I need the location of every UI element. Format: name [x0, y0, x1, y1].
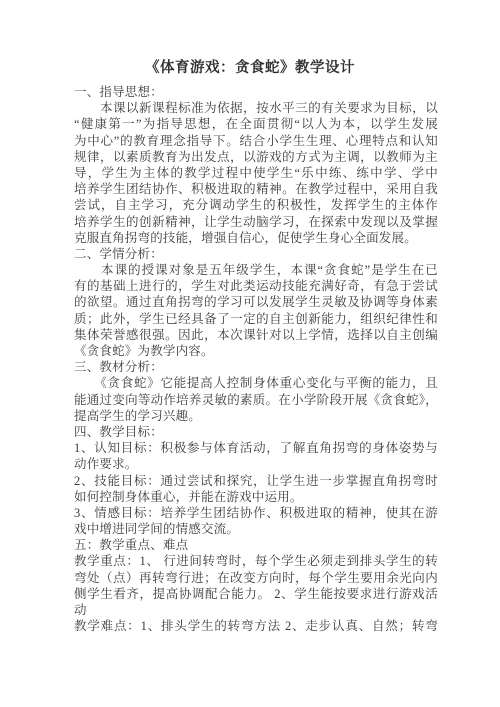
text-line: 本课以新课程标准为依据，按水平三的有关要求为目标，以: [74, 100, 438, 116]
text-line: 弯处（点）再转弯行进；在改变方向时，每个学生要用余光向内: [74, 570, 438, 586]
text-line: 《贪食蛇》为教学内容。: [74, 343, 438, 359]
text-line: 教学难点：1、排头学生的转弯方法 2、走步认真、自然；转弯: [74, 618, 438, 634]
text-line: 3、情感目标：培养学生团结协作、积极进取的精神，使其在游: [74, 505, 438, 521]
text-line: 戏中增进同学间的情感交流。: [74, 521, 438, 537]
text-line: 本课的授课对象是五年级学生，本课“贪食蛇”是学生在已: [74, 262, 438, 278]
section-heading-5: 五：教学重点、难点: [74, 537, 438, 553]
text-line: 集体荣誉感很强。因此，本次课针对以上学情，选择以自主创编: [74, 327, 438, 343]
text-line: 培养学生团结协作、积极进取的精神。在教学过程中，采用自我: [74, 181, 438, 197]
section-heading-4: 四、教学目标：: [74, 424, 438, 440]
document-page: 《体育游戏：贪食蛇》教学设计 一、指导思想： 本课以新课程标准为依据，按水平三的…: [0, 0, 500, 707]
text-line: 侧学生看齐，提高协调配合能力。 2、学生能按要求进行游戏活: [74, 586, 438, 602]
text-line: 动: [74, 602, 438, 618]
text-line: 规律，以素质教育为出发点，以游戏的方式为主调，以教师为主: [74, 149, 438, 165]
text-line: 提高学生的学习兴趣。: [74, 408, 438, 424]
text-line: 的欲望。通过直角拐弯的学习可以发展学生灵敏及协调等身体素: [74, 294, 438, 310]
text-line: 动作要求。: [74, 456, 438, 472]
text-line: 培养学生的创新精神，让学生动脑学习，在探索中发现以及掌握: [74, 214, 438, 230]
text-line: “健康第一”为指导思想，在全面贯彻“以人为本，以学生发展: [74, 116, 438, 132]
section-heading-2: 二、学情分析：: [74, 246, 438, 262]
text-line: 如何控制身体重心，并能在游戏中运用。: [74, 489, 438, 505]
text-line: 克服直角拐弯的技能，增强自信心，促使学生身心全面发展。: [74, 230, 438, 246]
text-line: 有的基础上进行的，学生对此类运动技能充满好奇，有急于尝试: [74, 278, 438, 294]
text-line: 尝试，自主学习，充分调动学生的积极性，发挥学生的主体作用，: [74, 197, 438, 213]
section-heading-3: 三、教材分析：: [74, 359, 438, 375]
text-line: 1、认知目标：积极参与体育活动，了解直角拐弯的身体姿势与: [74, 440, 438, 456]
document-title: 《体育游戏：贪食蛇》教学设计: [0, 0, 500, 79]
text-line: 能通过变向等动作培养灵敏的素质。在小学阶段开展《贪食蛇》，: [74, 392, 438, 408]
text-line: 为中心”的教育理念指导下。结合小学生生理、心理特点和认知: [74, 133, 438, 149]
text-line: 质；此外，学生已经具备了一定的自主创新能力，组织纪律性和: [74, 311, 438, 327]
text-line: 教学重点：1、 行进间转弯时，每个学生必须走到排头学生的转: [74, 553, 438, 569]
text-line: 导，学生为主体的教学过程中使学生“乐中练、练中学、学中乐”，: [74, 165, 438, 181]
section-heading-1: 一、指导思想：: [74, 84, 438, 100]
text-line: 《贪食蛇》它能提高人控制身体重心变化与平衡的能力，且: [74, 375, 438, 391]
document-body: 一、指导思想： 本课以新课程标准为依据，按水平三的有关要求为目标，以 “健康第一…: [74, 84, 438, 634]
text-line: 2、技能目标：通过尝试和探究，让学生进一步掌握直角拐弯时: [74, 473, 438, 489]
